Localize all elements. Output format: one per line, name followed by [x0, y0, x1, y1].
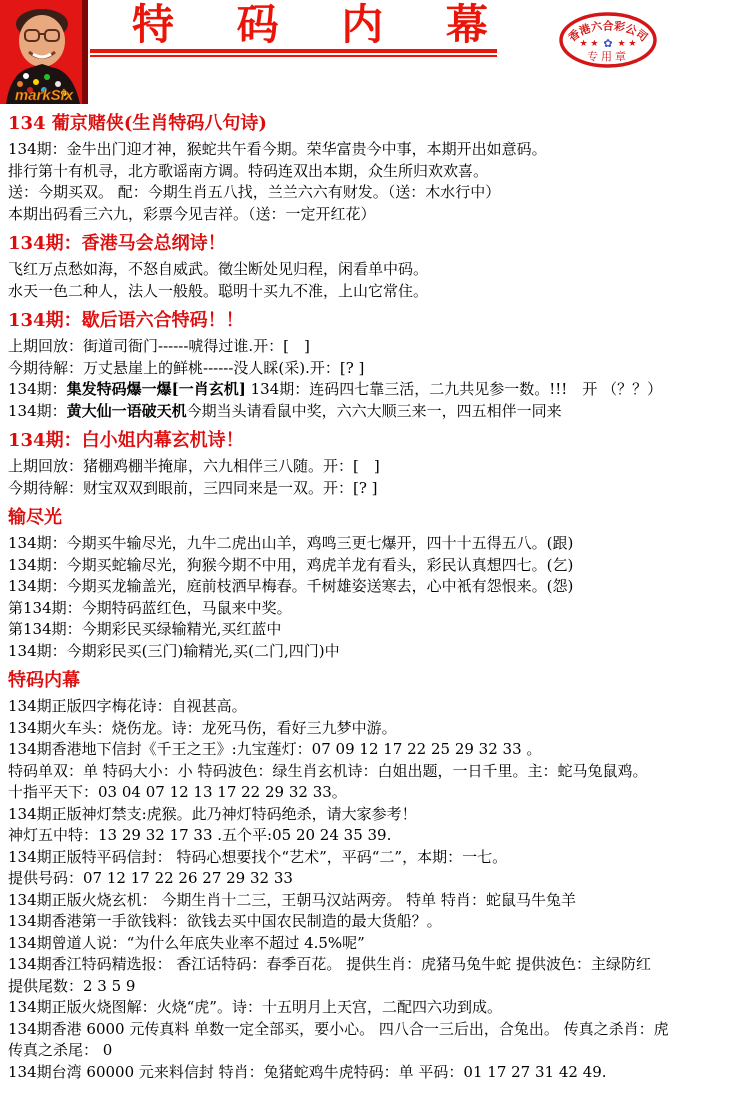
text-line: 今期待解：万丈悬崖上的鲜桃------没人睬(采).开：[? ] — [8, 358, 732, 380]
text-line: 134期：今期买蛇输尽光，狗猴今期不中用，鸡虎羊龙有看头，彩民认真想四七。(乞) — [8, 555, 732, 577]
content: 134 葡京赌侠(生肖特码八句诗) 134期：金牛出门迎才神，猴蛇共午看今期。荣… — [0, 114, 736, 1093]
line-text: 排行第十有机寻，北方歌谣南方调。特码连双出本期，众生所归欢欢喜。 — [8, 162, 488, 180]
line-text: 提供尾数：2 3 5 9 — [8, 977, 135, 995]
page-title: 特 码 内 幕 — [132, 0, 512, 50]
line-text: 134期火车头：烧伤龙。诗：龙死马伤，看好三九梦中游。 — [8, 719, 397, 737]
line-bold-text: 集发特码爆一爆[一肖玄机] — [67, 380, 246, 398]
section: 134 葡京赌侠(生肖特码八句诗) 134期：金牛出门迎才神，猴蛇共午看今期。荣… — [8, 114, 732, 225]
line-text: 134期台湾 60000 元来料信封 特肖：兔猪蛇鸡牛虎特码：单 平码：01 1… — [8, 1063, 607, 1081]
text-line: 传真之杀尾： 0 — [8, 1040, 732, 1062]
text-line: 134期香江特码精选报： 香江话特码：春季百花。 提供生肖：虎猪马兔牛蛇 提供波… — [8, 954, 732, 976]
text-line: 134期正版火烧图解：火烧“虎”。诗：十五明月上天宫，二配四六功到成。 — [8, 997, 732, 1019]
line-text: 134期正版特平码信封： 特码心想要找个“艺术”，平码“二”，本期：一七。 — [8, 848, 507, 866]
line-text: 今期待解：万丈悬崖上的鲜桃------没人睬(采).开：[? ] — [8, 359, 364, 377]
line-text-after: 今期当头请看鼠中奖，六六大顺三来一，四五相伴一同来 — [187, 402, 562, 420]
line-text: 上期回放：猪棚鸡棚半掩扉，六九相伴三八随。开：[ ] — [8, 457, 380, 475]
line-text: 134期：金牛出门迎才神，猴蛇共午看今期。荣华富贵今中事，本期开出如意码。 — [8, 140, 547, 158]
line-text: 飞红万点愁如海，不怒自威武。徵尘断处见归程，闲看单中码。 — [8, 260, 428, 278]
line-text: 十指平天下：03 04 07 12 13 17 22 29 32 33。 — [8, 783, 347, 801]
stamp-flower-icon: ✿ — [603, 37, 612, 50]
section: 特码内幕 134期正版四字梅花诗：自视甚高。 134期火车头：烧伤龙。诗：龙死马… — [8, 671, 732, 1083]
line-text: 134期：今期彩民买(三门)输精光,买(二门,四门)中 — [8, 642, 340, 660]
line-text-after: 134期：连码四七靠三活，二九共见参一数。!!! 开 （？？） — [246, 380, 662, 398]
line-text: 134期正版火烧玄机： 今期生肖十二三，王朝马汉站两旁。 特单 特肖：蛇鼠马牛兔… — [8, 891, 576, 909]
company-stamp: 香港六合彩公司 ★ ★ ✿ ★ ★ 专用章 — [556, 10, 660, 72]
line-text: 134期香港 6000 元传真料 单数一定全部买，要小心。 四八合一三后出，合兔… — [8, 1020, 669, 1038]
line-text: 神灯五中特：13 29 32 17 33 .五个平:05 20 24 35 39… — [8, 826, 391, 844]
line-text: 上期回放：街道司衙门------唬得过谁.开：[ ] — [8, 337, 310, 355]
text-line: 第134期：今期彩民买绿输精光,买红蓝中 — [8, 619, 732, 641]
section-heading: 134 葡京赌侠(生肖特码八句诗) — [8, 114, 732, 134]
line-bold-text: 黄大仙一语破天机 — [67, 402, 187, 420]
text-line: 飞红万点愁如海，不怒自威武。徵尘断处见归程，闲看单中码。 — [8, 259, 732, 281]
text-line: 神灯五中特：13 29 32 17 33 .五个平:05 20 24 35 39… — [8, 825, 732, 847]
text-line: 排行第十有机寻，北方歌谣南方调。特码连双出本期，众生所归欢欢喜。 — [8, 161, 732, 183]
text-line: 134期：今期买龙输盖光，庭前枝洒早梅春。千树雄姿送寒去，心中衹有怨恨来。(怨) — [8, 576, 732, 598]
text-line: 提供号码：07 12 17 22 26 27 29 32 33 — [8, 868, 732, 890]
line-text: 134期正版四字梅花诗：自视甚高。 — [8, 697, 247, 715]
text-line: 134期香港 6000 元传真料 单数一定全部买，要小心。 四八合一三后出，合兔… — [8, 1019, 732, 1041]
line-text: 提供号码：07 12 17 22 26 27 29 32 33 — [8, 869, 293, 887]
line-text: 134期：今期买牛输尽光，九牛二虎出山羊，鸡鸣三更七爆开，四十十五得五八。(跟) — [8, 534, 573, 552]
text-line: 134期正版特平码信封： 特码心想要找个“艺术”，平码“二”，本期：一七。 — [8, 847, 732, 869]
line-text: 今期待解：财宝双双到眼前，三四同来是一双。开：[? ] — [8, 479, 378, 497]
text-line: 134期：今期彩民买(三门)输精光,买(二门,四门)中 — [8, 641, 732, 663]
section-heading: 134期：白小姐内幕玄机诗！ — [8, 431, 732, 451]
section: 134期：歇后语六合特码！！ 上期回放：街道司衙门------唬得过谁.开：[ … — [8, 311, 732, 422]
line-text: 134期： — [8, 380, 67, 398]
section-heading: 特码内幕 — [8, 671, 732, 691]
stamp-stars-right: ★ ★ — [618, 39, 637, 49]
line-text: 134期正版火烧图解：火烧“虎”。诗：十五明月上天宫，二配四六功到成。 — [8, 998, 502, 1016]
text-line: 提供尾数：2 3 5 9 — [8, 976, 732, 998]
text-line: 今期待解：财宝双双到眼前，三四同来是一双。开：[? ] — [8, 478, 732, 500]
text-line: 134期正版火烧玄机： 今期生肖十二三，王朝马汉站两旁。 特单 特肖：蛇鼠马牛兔… — [8, 890, 732, 912]
text-line: 134期：今期买牛输尽光，九牛二虎出山羊，鸡鸣三更七爆开，四十十五得五八。(跟) — [8, 533, 732, 555]
stamp-stars-left: ★ ★ — [580, 39, 599, 49]
text-line: 134期香港第一手欲钱料：欲钱去买中国农民制造的最大货船？。 — [8, 911, 732, 933]
line-text: 134期香江特码精选报： 香江话特码：春季百花。 提供生肖：虎猪马兔牛蛇 提供波… — [8, 955, 651, 973]
text-line: 134期台湾 60000 元来料信封 特肖：兔猪蛇鸡牛虎特码：单 平码：01 1… — [8, 1062, 732, 1084]
line-text: 特码单双：单 特码大小：小 特码波色：绿生肖玄机诗：白姐出题，一日千里。主：蛇马… — [8, 762, 648, 780]
line-text: 134期：今期买蛇输尽光，狗猴今期不中用，鸡虎羊龙有看头，彩民认真想四七。(乞) — [8, 556, 573, 574]
text-line: 134期：黄大仙一语破天机今期当头请看鼠中奖，六六大顺三来一，四五相伴一同来 — [8, 401, 732, 423]
brand-label: markSix — [15, 87, 74, 104]
title-underline — [90, 49, 497, 57]
line-text: 134期正版神灯禁支:虎猴。此乃神灯特码绝杀，请大家参考！ — [8, 805, 417, 823]
line-text: 第134期：今期特码蓝红色，马鼠来中奖。 — [8, 599, 292, 617]
text-line: 134期：集发特码爆一爆[一肖玄机] 134期：连码四七靠三活，二九共见参一数。… — [8, 379, 732, 401]
line-text: 134期香港地下信封《千王之王》:九宝莲灯：07 09 12 17 22 25 … — [8, 740, 541, 758]
section-heading: 134期：香港马会总纲诗！ — [8, 234, 732, 254]
header: markSix 特 码 内 幕 香港六合彩公司 ★ ★ ✿ ★ ★ 专用章 — [0, 0, 736, 110]
text-line: 134期正版四字梅花诗：自视甚高。 — [8, 696, 732, 718]
text-line: 水天一色二种人，法人一般般。聪明十买九不准，上山它常住。 — [8, 281, 732, 303]
line-text: 134期：今期买龙输盖光，庭前枝洒早梅春。千树雄姿送寒去，心中衹有怨恨来。(怨) — [8, 577, 573, 595]
line-text: 134期： — [8, 402, 67, 420]
text-line: 本期出码看三六九，彩票今见吉祥。（送：一定开红花） — [8, 204, 732, 226]
text-line: 上期回放：街道司衙门------唬得过谁.开：[ ] — [8, 336, 732, 358]
stamp-bottom-text: 专用章 — [587, 49, 629, 63]
line-text: 134期曾道人说：“为什么年底失业率不超过 4.5%呢” — [8, 934, 365, 952]
line-text: 第134期：今期彩民买绿输精光,买红蓝中 — [8, 620, 281, 638]
section-heading: 输尽光 — [8, 508, 732, 528]
line-text: 传真之杀尾： 0 — [8, 1041, 112, 1059]
line-text: 134期香港第一手欲钱料：欲钱去买中国农民制造的最大货船？。 — [8, 912, 442, 930]
text-line: 上期回放：猪棚鸡棚半掩扉，六九相伴三八随。开：[ ] — [8, 456, 732, 478]
section: 134期：香港马会总纲诗！ 飞红万点愁如海，不怒自威武。徵尘断处见归程，闲看单中… — [8, 234, 732, 302]
line-text: 送：今期买双。 配：今期生肖五八找，兰兰六六有财发。（送：木水行中） — [8, 183, 500, 201]
section: 输尽光 134期：今期买牛输尽光，九牛二虎出山羊，鸡鸣三更七爆开，四十十五得五八… — [8, 508, 732, 662]
text-line: 134期：金牛出门迎才神，猴蛇共午看今期。荣华富贵今中事，本期开出如意码。 — [8, 139, 732, 161]
section-heading: 134期：歇后语六合特码！！ — [8, 311, 732, 331]
text-line: 134期正版神灯禁支:虎猴。此乃神灯特码绝杀，请大家参考！ — [8, 804, 732, 826]
text-line: 第134期：今期特码蓝红色，马鼠来中奖。 — [8, 598, 732, 620]
text-line: 特码单双：单 特码大小：小 特码波色：绿生肖玄机诗：白姐出题，一日千里。主：蛇马… — [8, 761, 732, 783]
text-line: 十指平天下：03 04 07 12 13 17 22 29 32 33。 — [8, 782, 732, 804]
section: 134期：白小姐内幕玄机诗！ 上期回放：猪棚鸡棚半掩扉，六九相伴三八随。开：[ … — [8, 431, 732, 499]
marksix-logo: markSix — [0, 0, 88, 104]
text-line: 134期火车头：烧伤龙。诗：龙死马伤，看好三九梦中游。 — [8, 718, 732, 740]
text-line: 送：今期买双。 配：今期生肖五八找，兰兰六六有财发。（送：木水行中） — [8, 182, 732, 204]
line-text: 水天一色二种人，法人一般般。聪明十买九不准，上山它常住。 — [8, 282, 428, 300]
text-line: 134期曾道人说：“为什么年底失业率不超过 4.5%呢” — [8, 933, 732, 955]
line-text: 本期出码看三六九，彩票今见吉祥。（送：一定开红花） — [8, 205, 376, 223]
text-line: 134期香港地下信封《千王之王》:九宝莲灯：07 09 12 17 22 25 … — [8, 739, 732, 761]
